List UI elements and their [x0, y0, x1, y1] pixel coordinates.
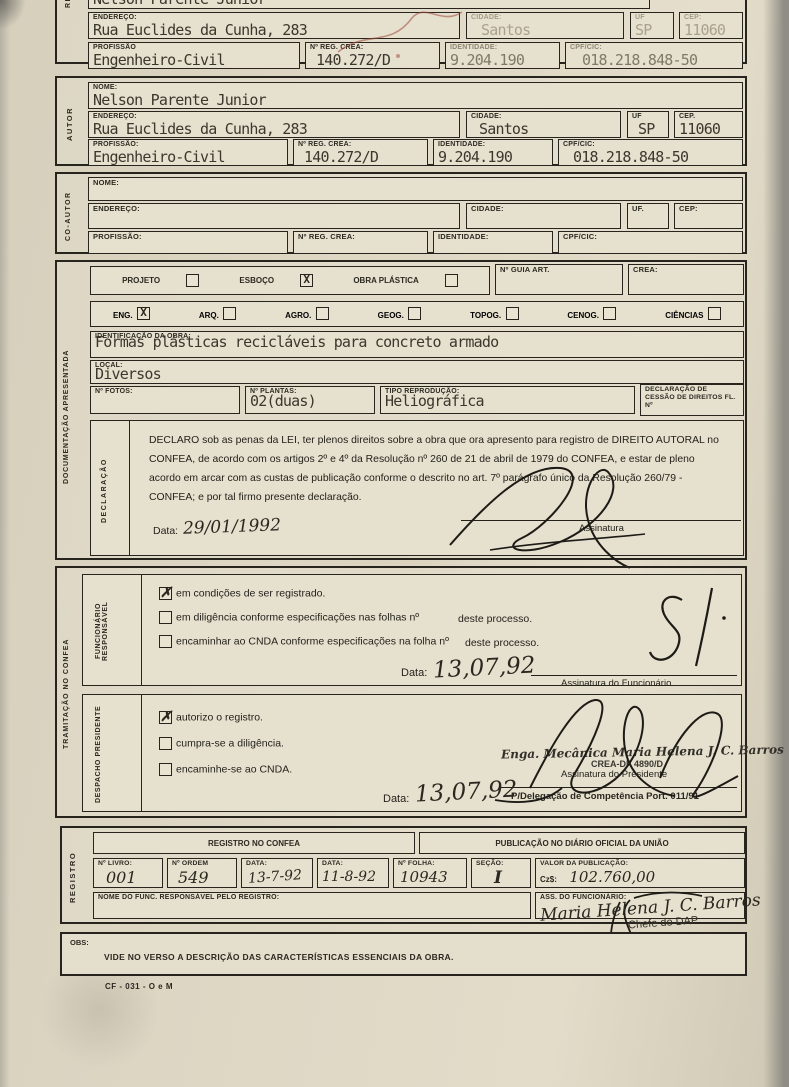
categoria-eng-label: ENG.	[113, 311, 133, 320]
categoria-eng: ENG. X	[113, 305, 150, 323]
identificacao-obra-field: IDENTIFICAÇÃO DA OBRA: Formas plásticas …	[90, 331, 744, 358]
despacho-opcao-3: encaminhe-se ao CNDA.	[159, 763, 292, 776]
requerente-profissao-field: PROFISSÃO Engenheiro-Civil	[88, 42, 300, 69]
funcionario-opcao-3-suffix: deste processo.	[465, 637, 539, 649]
coautor-endereco-field: ENDEREÇO:	[88, 203, 460, 229]
registro-data-pub-label: DATA:	[322, 860, 384, 868]
categoria-agro: AGRO.	[285, 305, 329, 323]
local-value: Diversos	[95, 367, 739, 382]
section-label-requerente: REQUERENTE	[65, 0, 72, 8]
requerente-endereco-value: Rua Euclides da Cunha, 283	[93, 21, 307, 39]
autor-cep-value: 11060	[679, 120, 720, 138]
crea-label: CREA:	[633, 266, 739, 274]
section-label-funcionario: FUNCIONÁRIO RESPONSÁVEL	[95, 587, 109, 675]
funcionario-data-value: 13,07,92	[432, 652, 536, 683]
tipo-obra-row: PROJETO ESBOÇO X OBRA PLÁSTICA	[90, 266, 490, 295]
registro-folha-label: Nº FOLHA:	[398, 860, 462, 868]
registro-confea-header: REGISTRO NO CONFEA	[93, 832, 415, 854]
declaracao-data-label: Data:	[153, 525, 178, 537]
categoria-arq-checkbox	[223, 307, 236, 320]
registro-ordem-label: Nº ORDEM	[172, 860, 232, 868]
obs-label: OBS:	[70, 938, 89, 947]
section-label-documentacao: DOCUMENTAÇÃO APRESENTADA	[63, 322, 70, 512]
fotos-label: Nº FOTOS:	[95, 388, 235, 396]
form-code: CF - 031 - O e M	[105, 982, 173, 991]
reproducao-field: TIPO REPRODUÇÃO: Heliográfica	[380, 386, 635, 414]
categoria-arq: ARQ.	[199, 305, 236, 323]
funcionario-opcao-2: em diligência conforme especificações na…	[159, 611, 419, 624]
autor-nome-value: Nelson Parente Junior	[93, 91, 266, 109]
registro-ordem-field: Nº ORDEM 549	[167, 858, 237, 888]
autor-identidade-value: 9.204.190	[438, 148, 512, 166]
obra-plastica-checkbox	[445, 274, 458, 287]
funcionario-opcao-3-checkbox	[159, 635, 172, 648]
coautor-uf-label: UF.	[632, 205, 664, 213]
declaracao-divider	[129, 421, 130, 555]
despacho-opcao-2: cumpra-se a diligência.	[159, 737, 284, 750]
coautor-nome-field: NOME:	[88, 177, 743, 201]
requerente-uf-value: SP	[635, 21, 651, 39]
funcionario-opcao-3-label: encaminhar ao CNDA conforme especificaçõ…	[176, 635, 449, 647]
categoria-geog-checkbox	[408, 307, 421, 320]
coautor-cpf-field: CPF/CIC:	[558, 231, 743, 254]
crea-field: CREA:	[628, 264, 744, 295]
section-label-registro: REGISTRO	[68, 842, 77, 912]
coautor-cidade-label: CIDADE:	[471, 205, 616, 213]
registro-nome-func-label: NOME DO FUNC. RESPONSÁVEL PELO REGISTRO:	[98, 894, 526, 902]
categoria-ciencias-label: CIÊNCIAS	[665, 311, 703, 320]
autor-cep-field: CEP. 11060	[674, 111, 743, 138]
funcionario-data-label: Data:	[401, 667, 427, 679]
presidente-signature	[490, 688, 750, 816]
categoria-cenog-checkbox	[603, 307, 616, 320]
despacho-divider	[141, 695, 142, 811]
despacho-opcao-1-label: autorizo o registro.	[176, 711, 263, 723]
cessao-label: DECLARAÇÃO DE CESSÃO DE DIREITOS FL. Nº	[645, 386, 739, 410]
registro-valor-currency: Cz$:	[540, 875, 557, 884]
funcionario-opcao-3: encaminhar ao CNDA conforme especificaçõ…	[159, 635, 449, 648]
funcionario-signature	[640, 580, 740, 680]
registro-livro-value: 001	[106, 868, 137, 887]
obs-box: OBS: VIDE NO VERSO A DESCRIÇÃO DAS CARAC…	[60, 932, 747, 976]
categoria-topog-label: TOPOG.	[470, 311, 501, 320]
registro-data-pub-value: 11-8-92	[322, 869, 376, 885]
coautor-cep-label: CEP:	[679, 205, 738, 213]
autor-profissao-value: Engenheiro-Civil	[93, 148, 225, 166]
projeto-label: PROJETO	[122, 276, 160, 285]
funcionario-opcao-2-suffix: deste processo.	[458, 613, 532, 625]
section-label-coautor: CO-AUTOR	[65, 188, 72, 244]
requerente-cep-value: 11060	[684, 21, 725, 39]
declaracao-data-value: 29/01/1992	[183, 515, 282, 538]
autor-cpf-value: 018.218.848-50	[573, 148, 688, 166]
funcionario-opcao-2-label: em diligência conforme especificações na…	[176, 611, 419, 623]
autor-endereco-value: Rua Euclides da Cunha, 283	[93, 120, 307, 138]
section-label-tramitacao: TRAMITAÇÃO NO CONFEA	[63, 612, 70, 776]
funcionario-opcao-1-checkbox: ✗	[159, 587, 172, 600]
section-label-autor: AUTOR	[65, 98, 74, 150]
funcionario-opcao-2-checkbox	[159, 611, 172, 624]
requerente-profissao-value: Engenheiro-Civil	[93, 51, 225, 69]
reproducao-value: Heliográfica	[385, 394, 630, 409]
registro-data-confea-value: 13-7-92	[248, 867, 303, 887]
coautor-regcrea-field: Nº REG. CREA:	[293, 231, 428, 254]
funcionario-divider	[141, 575, 142, 685]
esboco-checkbox: X	[300, 274, 313, 287]
coautor-regcrea-label: Nº REG. CREA:	[298, 233, 423, 241]
autor-cidade-field: CIDADE: Santos	[466, 111, 621, 138]
coautor-identidade-field: IDENTIDADE:	[433, 231, 553, 254]
registro-secao-field: SEÇÃO: I	[471, 858, 531, 888]
identificacao-obra-value: Formas plásticas recicláveis para concre…	[95, 335, 739, 350]
requerente-cidade-field: CIDADE: Santos	[466, 12, 624, 39]
guia-art-label: Nº GUIA ART.	[500, 266, 618, 274]
autor-uf-value: SP	[638, 120, 654, 138]
autor-identidade-field: IDENTIDADE: 9.204.190	[433, 139, 553, 166]
section-label-despacho: DESPACHO PRESIDENTE	[95, 705, 102, 803]
categoria-cenog: CENOG.	[567, 305, 616, 323]
requerente-cep-field: CEP: 11060	[679, 12, 743, 39]
despacho-opcao-3-label: encaminhe-se ao CNDA.	[176, 763, 292, 775]
categoria-ciencias: CIÊNCIAS	[665, 305, 721, 323]
categoria-cenog-label: CENOG.	[567, 311, 599, 320]
obs-texto: VIDE NO VERSO A DESCRIÇÃO DAS CARACTERÍS…	[104, 952, 454, 962]
funcionario-opcao-1: ✗em condições de ser registrado.	[159, 587, 325, 600]
esboco-label: ESBOÇO	[239, 276, 274, 285]
despacho-opcao-2-label: cumpra-se a diligência.	[176, 737, 284, 749]
categoria-eng-checkbox: X	[137, 307, 150, 320]
despacho-opcao-3-checkbox	[159, 763, 172, 776]
coautor-identidade-label: IDENTIDADE:	[438, 233, 548, 241]
requerente-cpf-field: CPF/CIC: 018.218.848-50	[565, 42, 743, 69]
despacho-opcao-1: ✗autorizo o registro.	[159, 711, 263, 724]
registro-nome-func-field: NOME DO FUNC. RESPONSÁVEL PELO REGISTRO:	[93, 892, 531, 919]
autor-nome-field: NOME: Nelson Parente Junior	[88, 82, 743, 109]
categoria-geog: GEOG.	[378, 305, 422, 323]
plantas-value: 02(duas)	[250, 394, 370, 409]
registro-secao-value: I	[494, 868, 502, 888]
plantas-field: Nº PLANTAS: 02(duas)	[245, 386, 375, 414]
despacho-data-label: Data:	[383, 793, 409, 805]
declaration-signature	[430, 450, 660, 570]
scanner-background-right	[763, 0, 789, 1087]
red-ink-mark	[330, 0, 470, 62]
despacho-opcao-1-checkbox: ✗	[159, 711, 172, 724]
categoria-geog-label: GEOG.	[378, 311, 404, 320]
categoria-agro-label: AGRO.	[285, 311, 311, 320]
categoria-topog: TOPOG.	[470, 305, 518, 323]
requerente-uf-field: UF SP	[630, 12, 674, 39]
registro-livro-label: Nº LIVRO:	[98, 860, 158, 868]
registro-data-pub-field: DATA: 11-8-92	[317, 858, 389, 888]
fotos-field: Nº FOTOS:	[90, 386, 240, 414]
coautor-uf-field: UF.	[627, 203, 669, 229]
categoria-topog-checkbox	[506, 307, 519, 320]
registro-publicacao-header: PUBLICAÇÃO NO DIÁRIO OFICIAL DA UNIÃO	[419, 832, 745, 854]
categoria-agro-checkbox	[316, 307, 329, 320]
projeto-checkbox	[186, 274, 199, 287]
registro-valor-label: VALOR DA PUBLICAÇÃO:	[540, 860, 740, 868]
registro-folha-value: 10943	[400, 868, 448, 886]
section-label-declaracao: DECLARAÇÃO	[101, 449, 108, 533]
autor-endereco-field: ENDEREÇO: Rua Euclides da Cunha, 283	[88, 111, 460, 138]
coautor-cidade-field: CIDADE:	[466, 203, 621, 229]
despacho-opcao-2-checkbox	[159, 737, 172, 750]
categoria-arq-label: ARQ.	[199, 311, 219, 320]
coautor-endereco-label: ENDEREÇO:	[93, 205, 455, 213]
autor-profissao-field: PROFISSÃO: Engenheiro-Civil	[88, 139, 288, 166]
registro-secao-label: SEÇÃO:	[476, 860, 526, 868]
autor-regcrea-value: 140.272/D	[304, 148, 378, 166]
scan-corner-shadow	[0, 0, 26, 30]
local-field: LOCAL: Diversos	[90, 360, 744, 384]
coautor-cpf-label: CPF/CIC:	[563, 233, 738, 241]
coautor-profissao-label: PROFISSÃO:	[93, 233, 283, 241]
categorias-row: ENG. X ARQ. AGRO. GEOG. TOPOG. CENOG. CI…	[90, 301, 744, 327]
coautor-cep-field: CEP:	[674, 203, 743, 229]
requerente-cpf-value: 018.218.848-50	[582, 51, 697, 69]
autor-cidade-value: Santos	[479, 120, 528, 138]
registro-folha-field: Nº FOLHA: 10943	[393, 858, 467, 888]
coautor-profissao-field: PROFISSÃO:	[88, 231, 288, 254]
autor-regcrea-field: Nº REG. CREA: 140.272/D	[293, 139, 428, 166]
cessao-field: DECLARAÇÃO DE CESSÃO DE DIREITOS FL. Nº	[640, 384, 744, 416]
registro-data-confea-field: DATA: 13-7-92	[241, 858, 313, 888]
registro-ordem-value: 549	[178, 868, 209, 887]
obra-plastica-label: OBRA PLÁSTICA	[353, 276, 418, 285]
guia-art-field: Nº GUIA ART.	[495, 264, 623, 295]
autor-uf-field: UF SP	[627, 111, 669, 138]
categoria-ciencias-checkbox	[708, 307, 721, 320]
scanner-background-left	[0, 0, 10, 1087]
registro-livro-field: Nº LIVRO: 001	[93, 858, 163, 888]
funcionario-opcao-1-label: em condições de ser registrado.	[176, 587, 325, 599]
requerente-cidade-value: Santos	[481, 21, 530, 39]
coautor-nome-label: NOME:	[93, 179, 738, 187]
autor-cpf-field: CPF/CIC: 018.218.848-50	[558, 139, 743, 166]
